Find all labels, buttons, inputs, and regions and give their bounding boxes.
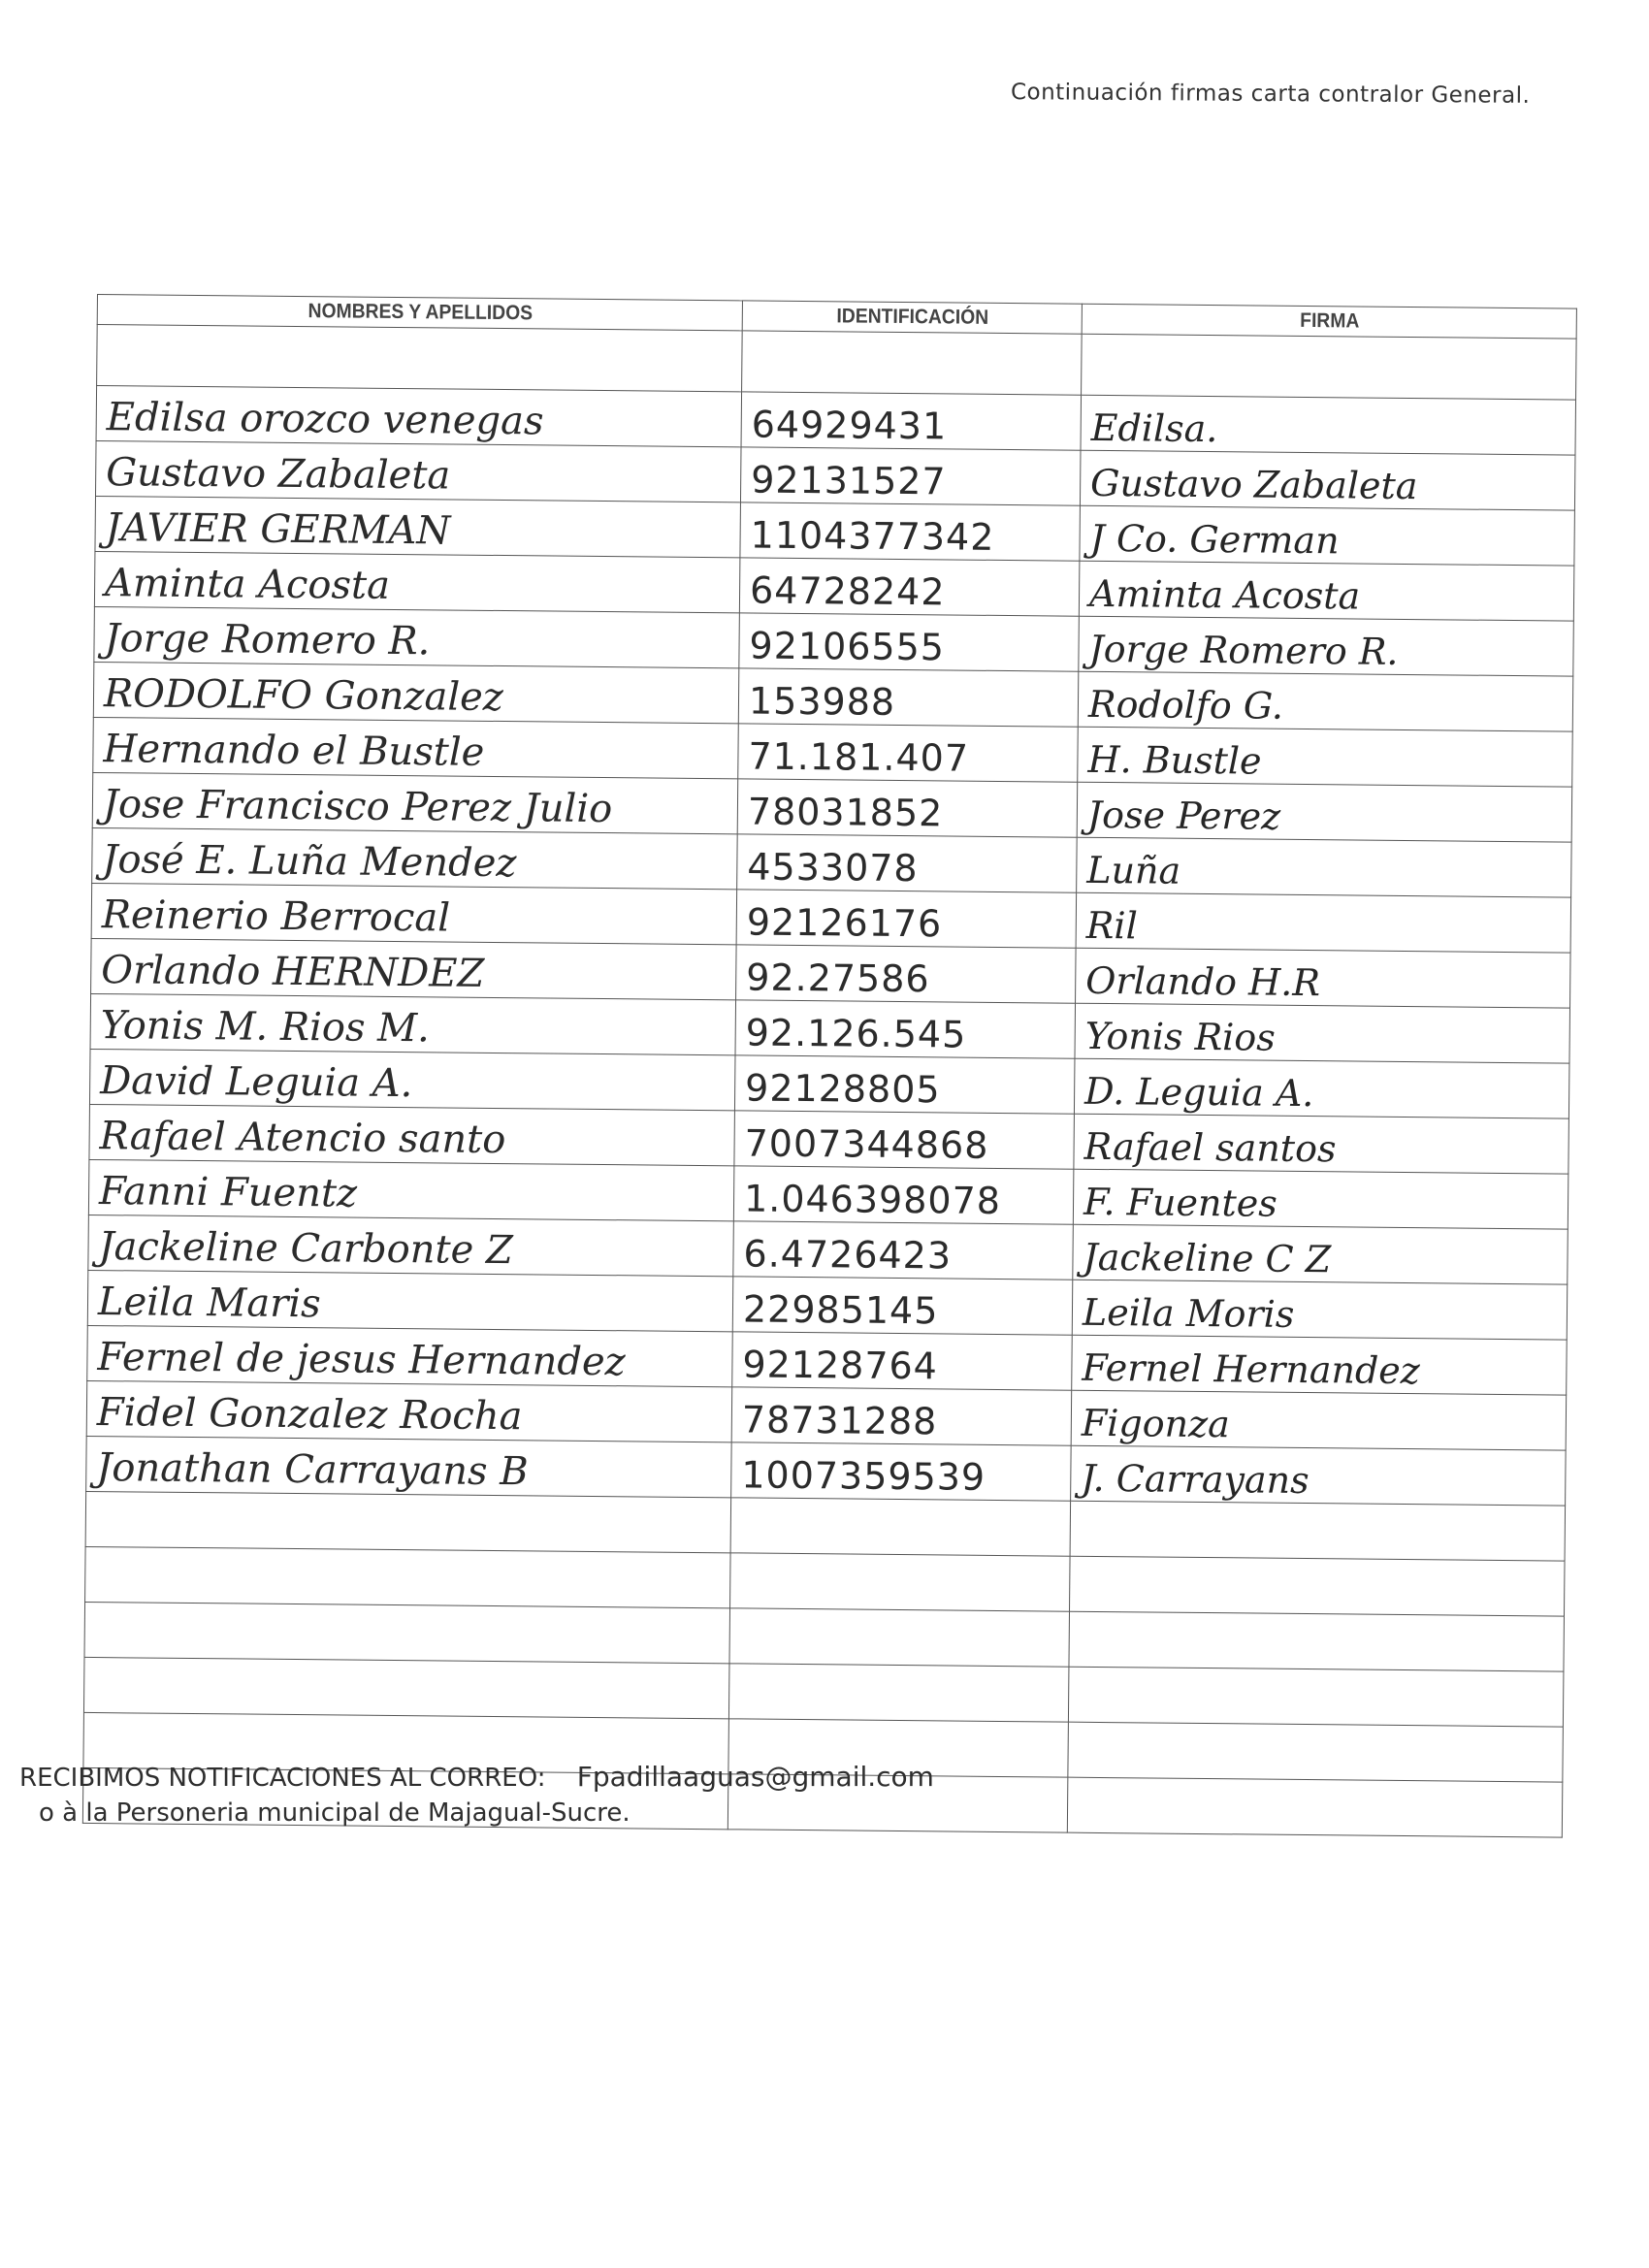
cell-id: 92.126.545	[735, 1000, 1076, 1058]
cell-id: 1.046398078	[733, 1166, 1074, 1224]
notification-notice: RECIBIMOS NOTIFICACIONES AL CORREO: Fpad…	[19, 1761, 934, 1828]
cell-id: 64728242	[739, 558, 1080, 616]
cell-name-text: Orlando HERNDEZ	[101, 951, 484, 997]
cell-name-text: JAVIER GERMAN	[105, 508, 450, 554]
cell-name: Aminta Acosta	[94, 551, 740, 612]
cell-signature-text: Leila Moris	[1083, 1294, 1295, 1337]
cell-id	[730, 1498, 1071, 1556]
cell-id: 92.27586	[736, 945, 1077, 1003]
cell-name: Jackeline Carbonte Z	[88, 1215, 734, 1276]
cell-name-text: Jorge Romero R.	[104, 619, 430, 664]
cell-id: 22985145	[732, 1277, 1073, 1335]
cell-name: Fanni Fuentz	[88, 1159, 734, 1220]
cell-name: Yonis M. Rios M.	[90, 993, 736, 1054]
cell-name-text: Aminta Acosta	[105, 564, 390, 609]
cell-id: 92106555	[739, 613, 1080, 671]
cell-id: 4533078	[737, 834, 1078, 892]
cell-signature-text: Ril	[1086, 907, 1138, 949]
cell-signature-text: Gustavo Zabaleta	[1090, 465, 1418, 508]
cell-signature-text: Yonis Rios	[1084, 1018, 1275, 1060]
cell-name-text: Jose Francisco Perez Julio	[103, 785, 613, 832]
cell-name: Rafael Atencio santo	[89, 1104, 735, 1165]
cell-signature-text: Aminta Acosta	[1089, 575, 1361, 619]
cell-signature-text: D. Leguia A.	[1084, 1073, 1314, 1116]
cell-signature: Rodolfo G.	[1078, 671, 1573, 731]
cell-signature-text: H. Bustle	[1087, 741, 1262, 784]
cell-id-text: 22985145	[743, 1290, 939, 1333]
cell-signature	[1070, 1556, 1566, 1616]
cell-name-text: Fernel de jesus Hernandez	[97, 1338, 626, 1385]
cell-signature: F. Fuentes	[1073, 1169, 1568, 1229]
cell-name: Fidel Gonzalez Rocha	[86, 1380, 732, 1442]
cell-id: 1007359539	[731, 1442, 1072, 1501]
cell-signature-text: Rafael santos	[1083, 1128, 1336, 1171]
cell-name: RODOLFO Gonzalez	[93, 662, 739, 723]
cell-id: 92128764	[732, 1332, 1073, 1390]
cell-id: 78731288	[731, 1387, 1072, 1445]
cell-id-text: 92106555	[749, 627, 945, 669]
cell-id-text: 1007359539	[741, 1456, 986, 1499]
cell-signature-text: Rodolfo G.	[1088, 686, 1283, 729]
cell-name: Hernando el Bustle	[93, 717, 739, 778]
cell-id-text: 92128764	[742, 1345, 938, 1388]
cell-name-text: José E. Luña Mendez	[102, 840, 516, 887]
cell-id	[730, 1553, 1071, 1611]
cell-signature	[1067, 1777, 1563, 1837]
cell-signature: J. Carrayans	[1071, 1445, 1567, 1506]
cell-signature-text: Jorge Romero R.	[1088, 631, 1398, 674]
cell-signature: H. Bustle	[1078, 727, 1573, 787]
header-name: NOMBRES Y APELLIDOS	[123, 295, 717, 331]
cell-name: Reinerio Berrocal	[91, 883, 737, 944]
signature-table: NOMBRES Y APELLIDOS IDENTIFICACIÓN FIRMA…	[82, 294, 1577, 1838]
cell-signature: J Co. German	[1080, 505, 1575, 566]
cell-signature-text: Edilsa.	[1091, 409, 1218, 451]
cell-signature: Ril	[1076, 892, 1571, 953]
cell-signature	[1082, 334, 1577, 400]
cell-signature	[1068, 1667, 1564, 1727]
cell-name-text: David Leguia A.	[100, 1061, 413, 1107]
cell-id-text: 6.4726423	[743, 1235, 952, 1278]
cell-signature: Orlando H.R	[1076, 948, 1571, 1008]
cell-id-text: 92.126.545	[746, 1014, 967, 1056]
cell-signature: Edilsa.	[1081, 395, 1576, 455]
cell-id-text: 7007344868	[744, 1124, 988, 1167]
cell-id-text: 1104377342	[750, 516, 994, 559]
header-signature: FIRMA	[1102, 304, 1557, 339]
notice-line1: RECIBIMOS NOTIFICACIONES AL CORREO:	[19, 1764, 545, 1793]
cell-signature-text: Figonza	[1082, 1405, 1230, 1446]
cell-id	[729, 1608, 1070, 1667]
cell-id-text: 153988	[749, 682, 895, 724]
cell-id-text: 1.046398078	[744, 1180, 1001, 1223]
cell-name: JAVIER GERMAN	[95, 496, 741, 557]
cell-name: Orlando HERNDEZ	[91, 938, 737, 999]
cell-id-text: 92.27586	[746, 958, 930, 1001]
cell-name-text: RODOLFO Gonzalez	[104, 674, 503, 721]
page-heading-note: Continuación firmas carta contralor Gene…	[1011, 80, 1531, 109]
cell-name: Edilsa orozco venegas	[96, 386, 742, 447]
cell-name	[97, 325, 743, 392]
cell-name	[85, 1491, 731, 1552]
cell-signature: Luña	[1077, 837, 1572, 897]
signature-table-container: NOMBRES Y APELLIDOS IDENTIFICACIÓN FIRMA…	[82, 294, 1576, 1838]
cell-signature-text: Luña	[1086, 852, 1180, 893]
cell-id: 1104377342	[740, 502, 1081, 561]
cell-id-text: 64929431	[752, 405, 948, 448]
cell-signature-text: J Co. German	[1089, 520, 1339, 563]
cell-name-text: Jackeline Carbonte Z	[98, 1227, 513, 1274]
cell-signature	[1069, 1611, 1565, 1671]
cell-id: 92128805	[734, 1055, 1075, 1114]
cell-id-text: 71.181.407	[748, 737, 969, 780]
cell-id: 92126176	[736, 890, 1077, 948]
cell-name: Jorge Romero R.	[94, 606, 740, 667]
cell-signature: Fernel Hernandez	[1072, 1335, 1568, 1395]
cell-name-text: Jonathan Carrayans B	[96, 1448, 529, 1495]
cell-name: Fernel de jesus Hernandez	[87, 1325, 733, 1386]
cell-name-text: Edilsa orozco venegas	[107, 398, 544, 444]
cell-signature	[1070, 1501, 1566, 1561]
cell-signature: Aminta Acosta	[1079, 561, 1574, 621]
cell-id-text: 92126176	[747, 903, 943, 946]
cell-signature: Rafael santos	[1074, 1114, 1569, 1174]
cell-signature-text: F. Fuentes	[1083, 1183, 1277, 1226]
cell-signature: Gustavo Zabaleta	[1080, 450, 1575, 510]
cell-name-text: Reinerio Berrocal	[102, 895, 451, 941]
notice-email: Fpadillaaguas@gmail.com	[577, 1761, 934, 1793]
cell-id: 78031852	[737, 779, 1078, 837]
cell-id: 64929431	[741, 392, 1082, 450]
cell-id: 7007344868	[734, 1111, 1075, 1169]
cell-name-text: Gustavo Zabaleta	[106, 453, 450, 499]
cell-signature-text: Orlando H.R	[1085, 962, 1320, 1005]
cell-name: Leila Maris	[87, 1270, 733, 1331]
table-body: Edilsa orozco venegas64929431Edilsa.Gust…	[82, 325, 1576, 1838]
cell-name: Jonathan Carrayans B	[86, 1436, 732, 1497]
cell-id	[728, 1664, 1069, 1722]
cell-signature-text: J. Carrayans	[1081, 1460, 1309, 1503]
cell-id: 71.181.407	[738, 724, 1079, 782]
cell-id-text: 92128805	[745, 1069, 941, 1112]
cell-id-text: 4533078	[747, 848, 919, 891]
cell-name	[84, 1602, 730, 1663]
cell-id-text: 64728242	[750, 571, 946, 614]
cell-signature-text: Jose Perez	[1087, 796, 1281, 839]
cell-name	[83, 1657, 729, 1718]
cell-name: José E. Luña Mendez	[92, 827, 738, 889]
cell-id-text: 78031852	[748, 793, 944, 835]
cell-signature: Jorge Romero R.	[1079, 616, 1574, 676]
cell-signature: Figonza	[1071, 1390, 1567, 1450]
cell-name-text: Rafael Atencio santo	[99, 1117, 505, 1163]
cell-name-text: Fanni Fuentz	[99, 1172, 357, 1217]
cell-id-text: 78731288	[742, 1401, 938, 1443]
cell-name	[85, 1546, 731, 1607]
cell-id: 6.4726423	[733, 1221, 1074, 1280]
cell-signature	[1068, 1722, 1564, 1782]
cell-signature: D. Leguia A.	[1074, 1058, 1569, 1118]
cell-name-text: Hernando el Bustle	[103, 729, 484, 776]
cell-id: 153988	[738, 668, 1079, 727]
cell-signature-text: Jackeline C Z	[1083, 1239, 1331, 1281]
cell-name: David Leguia A.	[89, 1049, 735, 1110]
cell-name: Jose Francisco Perez Julio	[92, 772, 738, 833]
header-identification: IDENTIFICACIÓN	[756, 301, 1068, 334]
cell-name-text: Leila Maris	[98, 1282, 321, 1327]
cell-signature: Jose Perez	[1077, 782, 1572, 842]
cell-signature: Leila Moris	[1072, 1280, 1568, 1340]
cell-name-text: Yonis M. Rios M.	[101, 1006, 431, 1052]
cell-signature-text: Fernel Hernandez	[1082, 1349, 1420, 1393]
cell-name: Gustavo Zabaleta	[95, 440, 741, 502]
cell-signature: Jackeline C Z	[1073, 1224, 1568, 1284]
notice-line2: o à la Personeria municipal de Majagual-…	[39, 1798, 934, 1828]
cell-id-text: 92131527	[751, 461, 947, 503]
cell-signature: Yonis Rios	[1075, 1003, 1570, 1063]
cell-id: 92131527	[740, 447, 1081, 505]
cell-name-text: Fidel Gonzalez Rocha	[97, 1393, 523, 1440]
cell-id	[742, 331, 1083, 395]
